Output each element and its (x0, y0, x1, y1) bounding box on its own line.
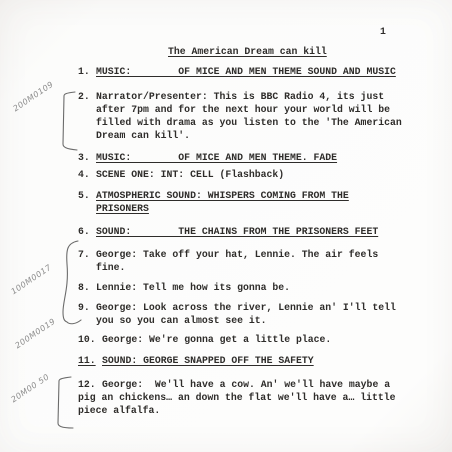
pen-bracket-narration (63, 92, 77, 150)
line-number: 3. (78, 152, 96, 163)
line-text: pig an chickens… an down the flat we'll … (78, 392, 395, 403)
script-page: 1 The American Dream can kill 1.MUSIC: O… (0, 0, 452, 452)
script-line: 10.George: We're gonna get a little plac… (78, 334, 331, 345)
script-line: 6.SOUND: THE CHAINS FROM THE PRISONERS F… (78, 226, 378, 237)
pen-bracket-george (58, 377, 73, 428)
margin-annotation: 20M00 50 (9, 372, 50, 404)
script-line: PRISONERS (96, 203, 149, 214)
line-number: 11. (78, 355, 102, 366)
margin-annotation: 100M0017 (9, 263, 53, 296)
line-text: George: We'll have a cow. An' we'll have… (102, 379, 390, 390)
line-text: George: Take off your hat, Lennie. The a… (96, 249, 378, 260)
script-line: 3.MUSIC: OF MICE AND MEN THEME. FADE (78, 152, 337, 163)
script-line: fine. (96, 262, 125, 273)
line-text: Dream can kill'. (96, 130, 190, 141)
line-number: 1. (78, 66, 96, 77)
line-text: Narrator/Presenter: This is BBC Radio 4,… (96, 91, 384, 102)
line-number: 12. (78, 379, 102, 390)
script-line: 7.George: Take off your hat, Lennie. The… (78, 249, 378, 260)
line-number: 8. (78, 282, 96, 293)
line-number: 6. (78, 226, 96, 237)
line-text: SCENE ONE: INT: CELL (Flashback) (96, 169, 284, 180)
line-text: piece alfalfa. (78, 405, 160, 416)
script-line: you so you can almost see it. (96, 315, 267, 326)
line-text: filled with drama as you listen to the '… (96, 117, 402, 128)
line-number: 9. (78, 302, 96, 313)
script-line: 2.Narrator/Presenter: This is BBC Radio … (78, 91, 384, 102)
script-line: pig an chickens… an down the flat we'll … (78, 392, 395, 403)
line-text: MUSIC: OF MICE AND MEN THEME SOUND AND M… (96, 66, 396, 77)
script-line: 12.George: We'll have a cow. An' we'll h… (78, 379, 390, 390)
script-line: piece alfalfa. (78, 405, 160, 416)
line-text: fine. (96, 262, 125, 273)
script-line: 1.MUSIC: OF MICE AND MEN THEME SOUND AND… (78, 66, 396, 77)
script-line: 11.SOUND: GEORGE SNAPPED OFF THE SAFETY (78, 355, 314, 366)
line-text: SOUND: THE CHAINS FROM THE PRISONERS FEE… (96, 226, 378, 237)
script-line: filled with drama as you listen to the '… (96, 117, 402, 128)
line-text: MUSIC: OF MICE AND MEN THEME. FADE (96, 152, 337, 163)
line-text: PRISONERS (96, 203, 149, 214)
line-text: Lennie: Tell me how its gonna be. (96, 282, 290, 293)
script-line: after 7pm and for the next hour your wor… (96, 104, 390, 115)
line-number: 10. (78, 334, 102, 345)
line-text: after 7pm and for the next hour your wor… (96, 104, 390, 115)
line-text: George: We're gonna get a little place. (102, 334, 331, 345)
script-line: 9.George: Look across the river, Lennie … (78, 302, 396, 313)
margin-annotation: 200M0109 (11, 80, 55, 113)
line-text: ATMOSPHERIC SOUND: WHISPERS COMING FROM … (96, 190, 349, 201)
line-text: George: Look across the river, Lennie an… (96, 302, 396, 313)
page-title: The American Dream can kill (168, 46, 327, 57)
line-text: SOUND: GEORGE SNAPPED OFF THE SAFETY (102, 355, 314, 366)
script-line: Dream can kill'. (96, 130, 190, 141)
margin-annotation: 200M0019 (13, 317, 57, 350)
line-number: 5. (78, 190, 96, 201)
line-number: 7. (78, 249, 96, 260)
script-line: 8.Lennie: Tell me how its gonna be. (78, 282, 290, 293)
line-number: 4. (78, 169, 96, 180)
script-line: 4.SCENE ONE: INT: CELL (Flashback) (78, 169, 284, 180)
page-number: 1 (380, 26, 386, 37)
script-line: 5.ATMOSPHERIC SOUND: WHISPERS COMING FRO… (78, 190, 349, 201)
line-text: you so you can almost see it. (96, 315, 267, 326)
line-number: 2. (78, 91, 96, 102)
